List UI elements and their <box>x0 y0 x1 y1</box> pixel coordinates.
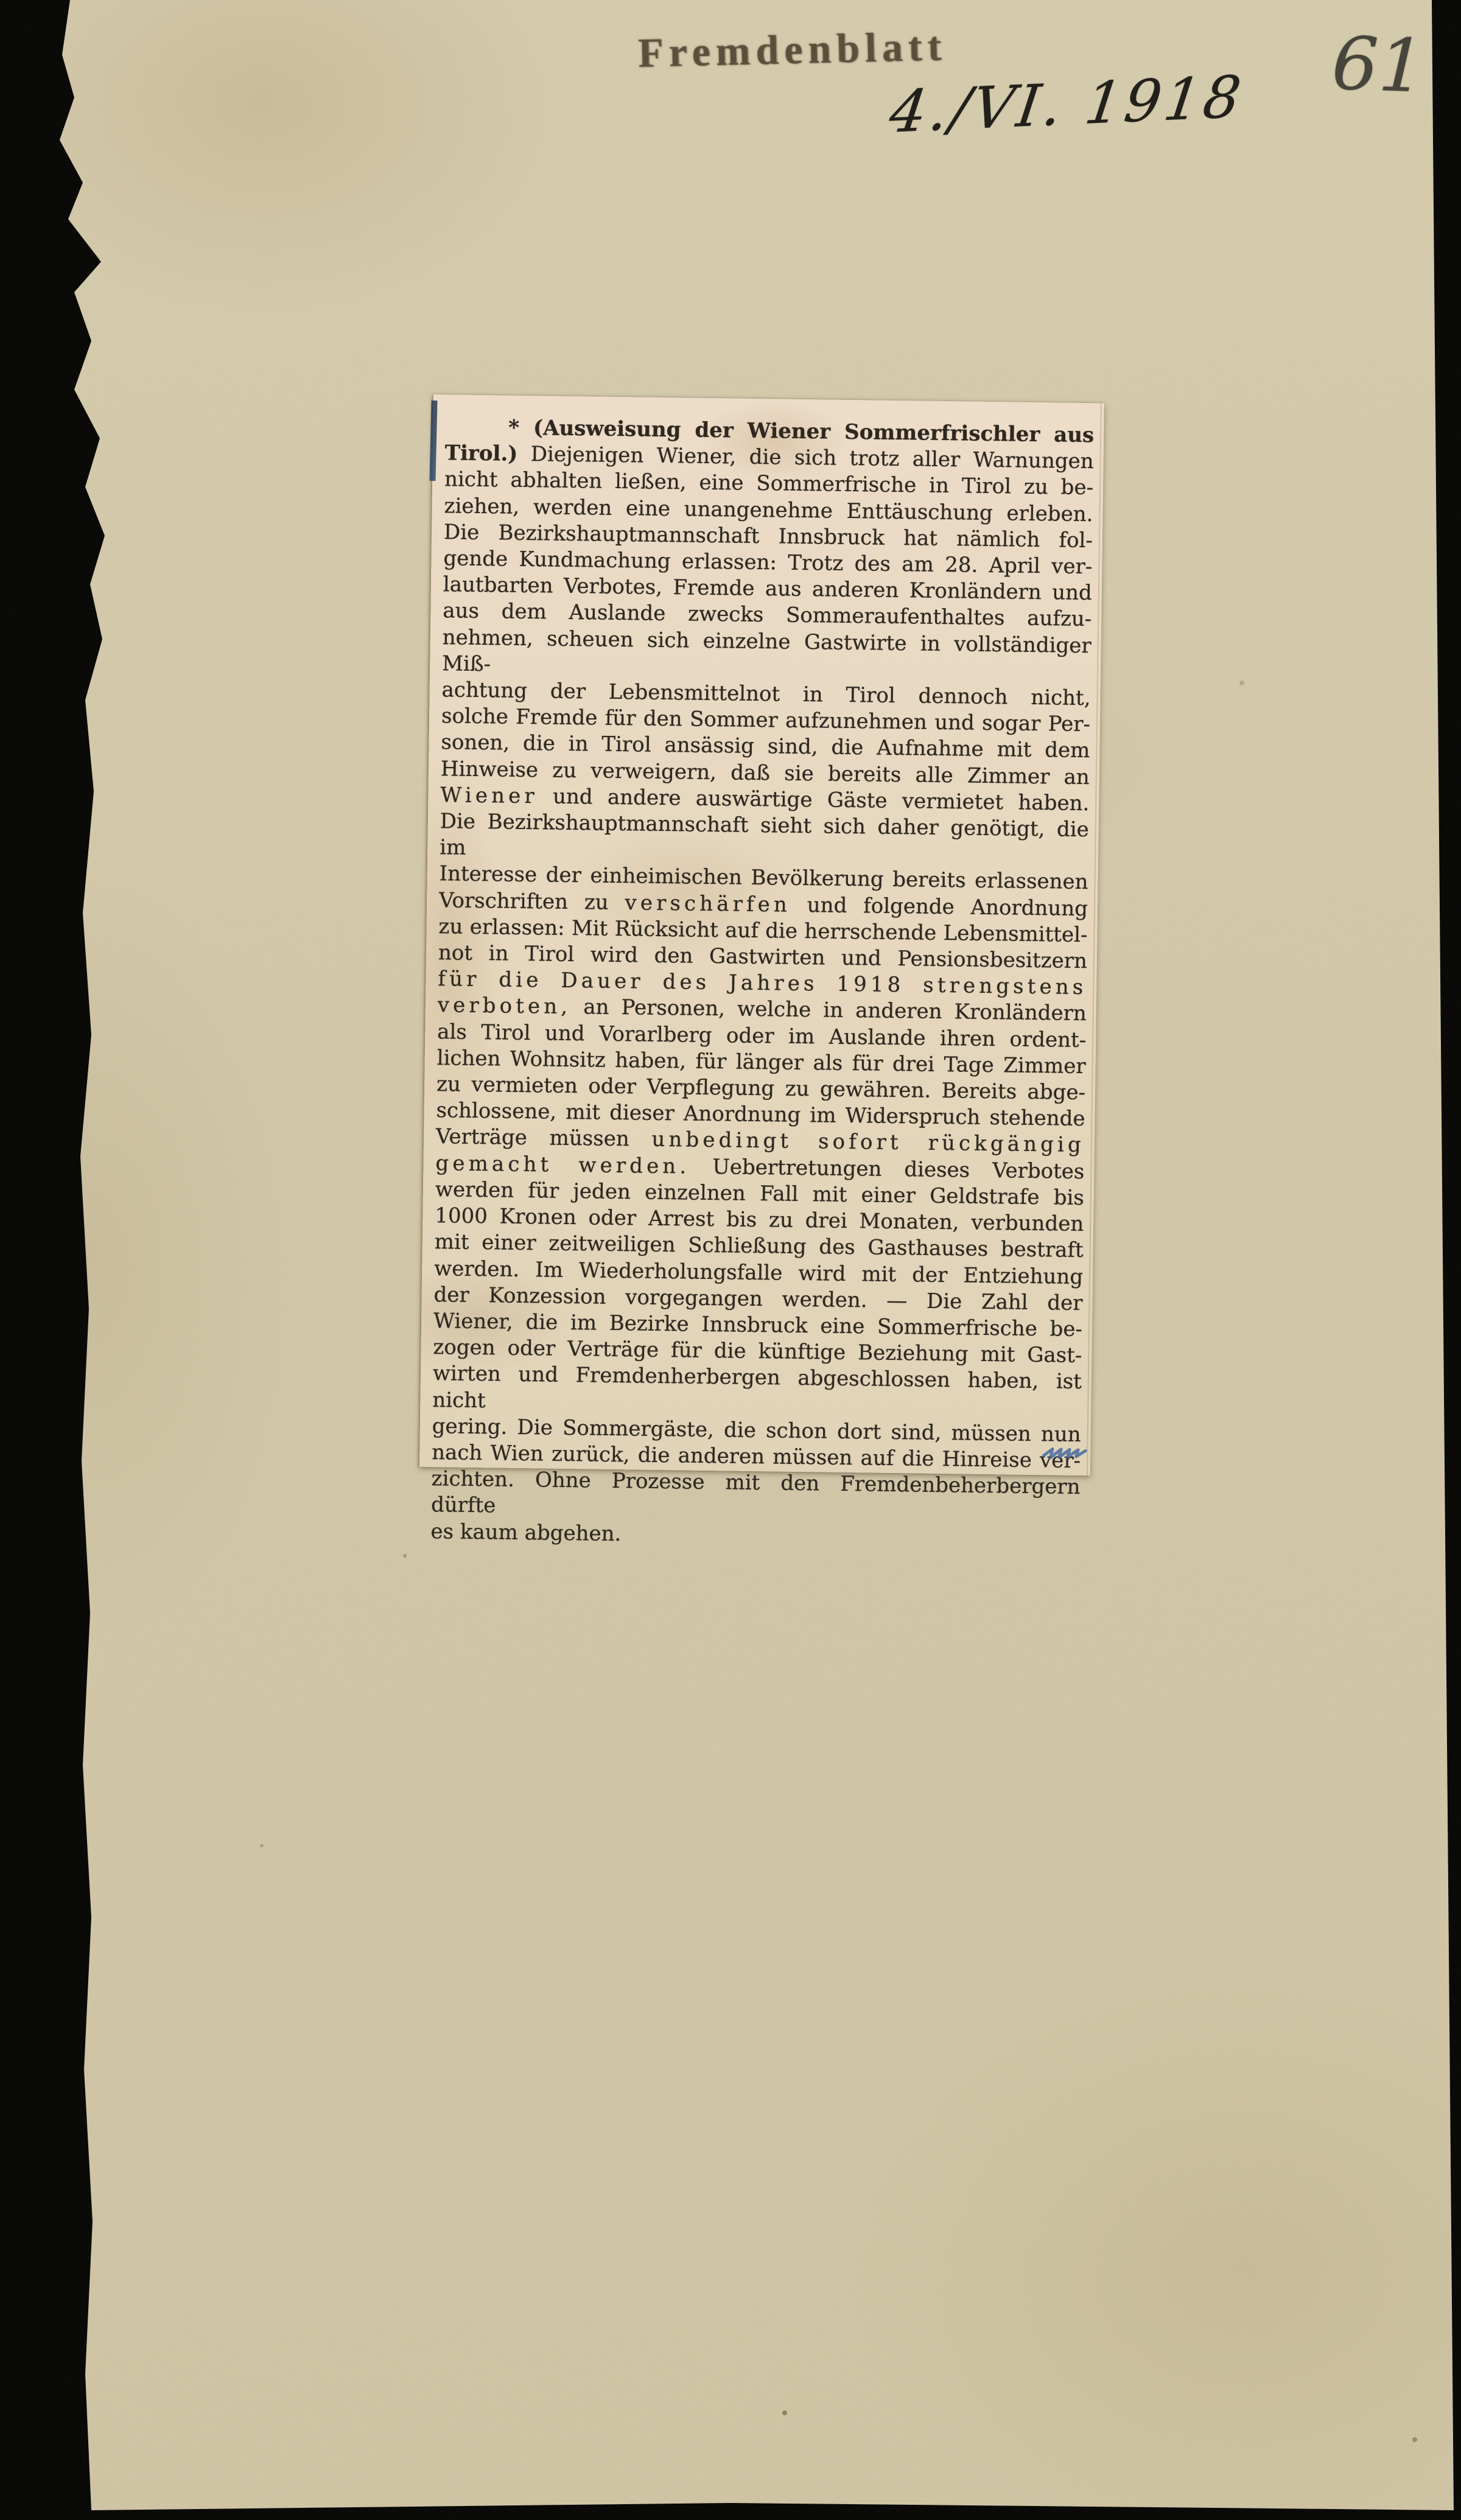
clipping-text-segment: verschärfen <box>625 891 791 917</box>
clipping-text-segment: zichten. Ohne Prozesse mit den Fremdenbe… <box>431 1466 1081 1518</box>
clipping-text-segment: Uebertretungen dieses Verbotes <box>690 1154 1085 1183</box>
clipping-text-segment: gemacht werden. <box>435 1151 690 1178</box>
clipping-text-segment: unbedingt sofort rückgängig <box>651 1127 1085 1157</box>
newspaper-name-stamp: Fremdenblatt <box>637 22 947 77</box>
clipping-line: nehmen, scheuen sich einzelne Gastwirte … <box>442 625 1091 685</box>
page-number: 61 <box>1331 21 1426 109</box>
clipping-text-segment: Die Bezirkshauptmannschaft sieht sich da… <box>440 809 1089 860</box>
clipping-text: * (Ausweisung der Wiener Sommerfrischler… <box>430 414 1094 1553</box>
clipping-line: Die Bezirkshauptmannschaft sieht sich da… <box>440 808 1089 869</box>
clipping-text-segment: Tirol.) <box>444 441 517 466</box>
clipping-line: zichten. Ohne Prozesse mit den Fremdenbe… <box>431 1466 1081 1527</box>
blue-pencil-mark <box>1042 1444 1088 1461</box>
paper-specks <box>0 0 2 2</box>
clipping-text-segment: wirten und Fremdenherbergen abgeschlosse… <box>432 1361 1082 1412</box>
newspaper-clipping: * (Ausweisung der Wiener Sommerfrischler… <box>419 394 1104 1475</box>
clipping-text-segment: nehmen, scheuen sich einzelne Gastwirte … <box>442 625 1091 676</box>
clipping-text-segment: und folgende Anordnung <box>791 892 1088 920</box>
clipping-line: wirten und Fremdenherbergen abgeschlosse… <box>432 1360 1082 1421</box>
clipping-text-segment: verboten, <box>438 993 572 1020</box>
scan-background: { "page": { "stamp": "Fremdenblatt", "ha… <box>0 0 1461 2520</box>
clipping-text-segment: Vorschriften zu <box>439 888 625 915</box>
clipping-text-segment: es kaum abgehen. <box>430 1519 621 1546</box>
clipping-text-segment: Verträge müssen <box>436 1125 652 1152</box>
clipping-text-segment: Wiener <box>440 783 538 808</box>
